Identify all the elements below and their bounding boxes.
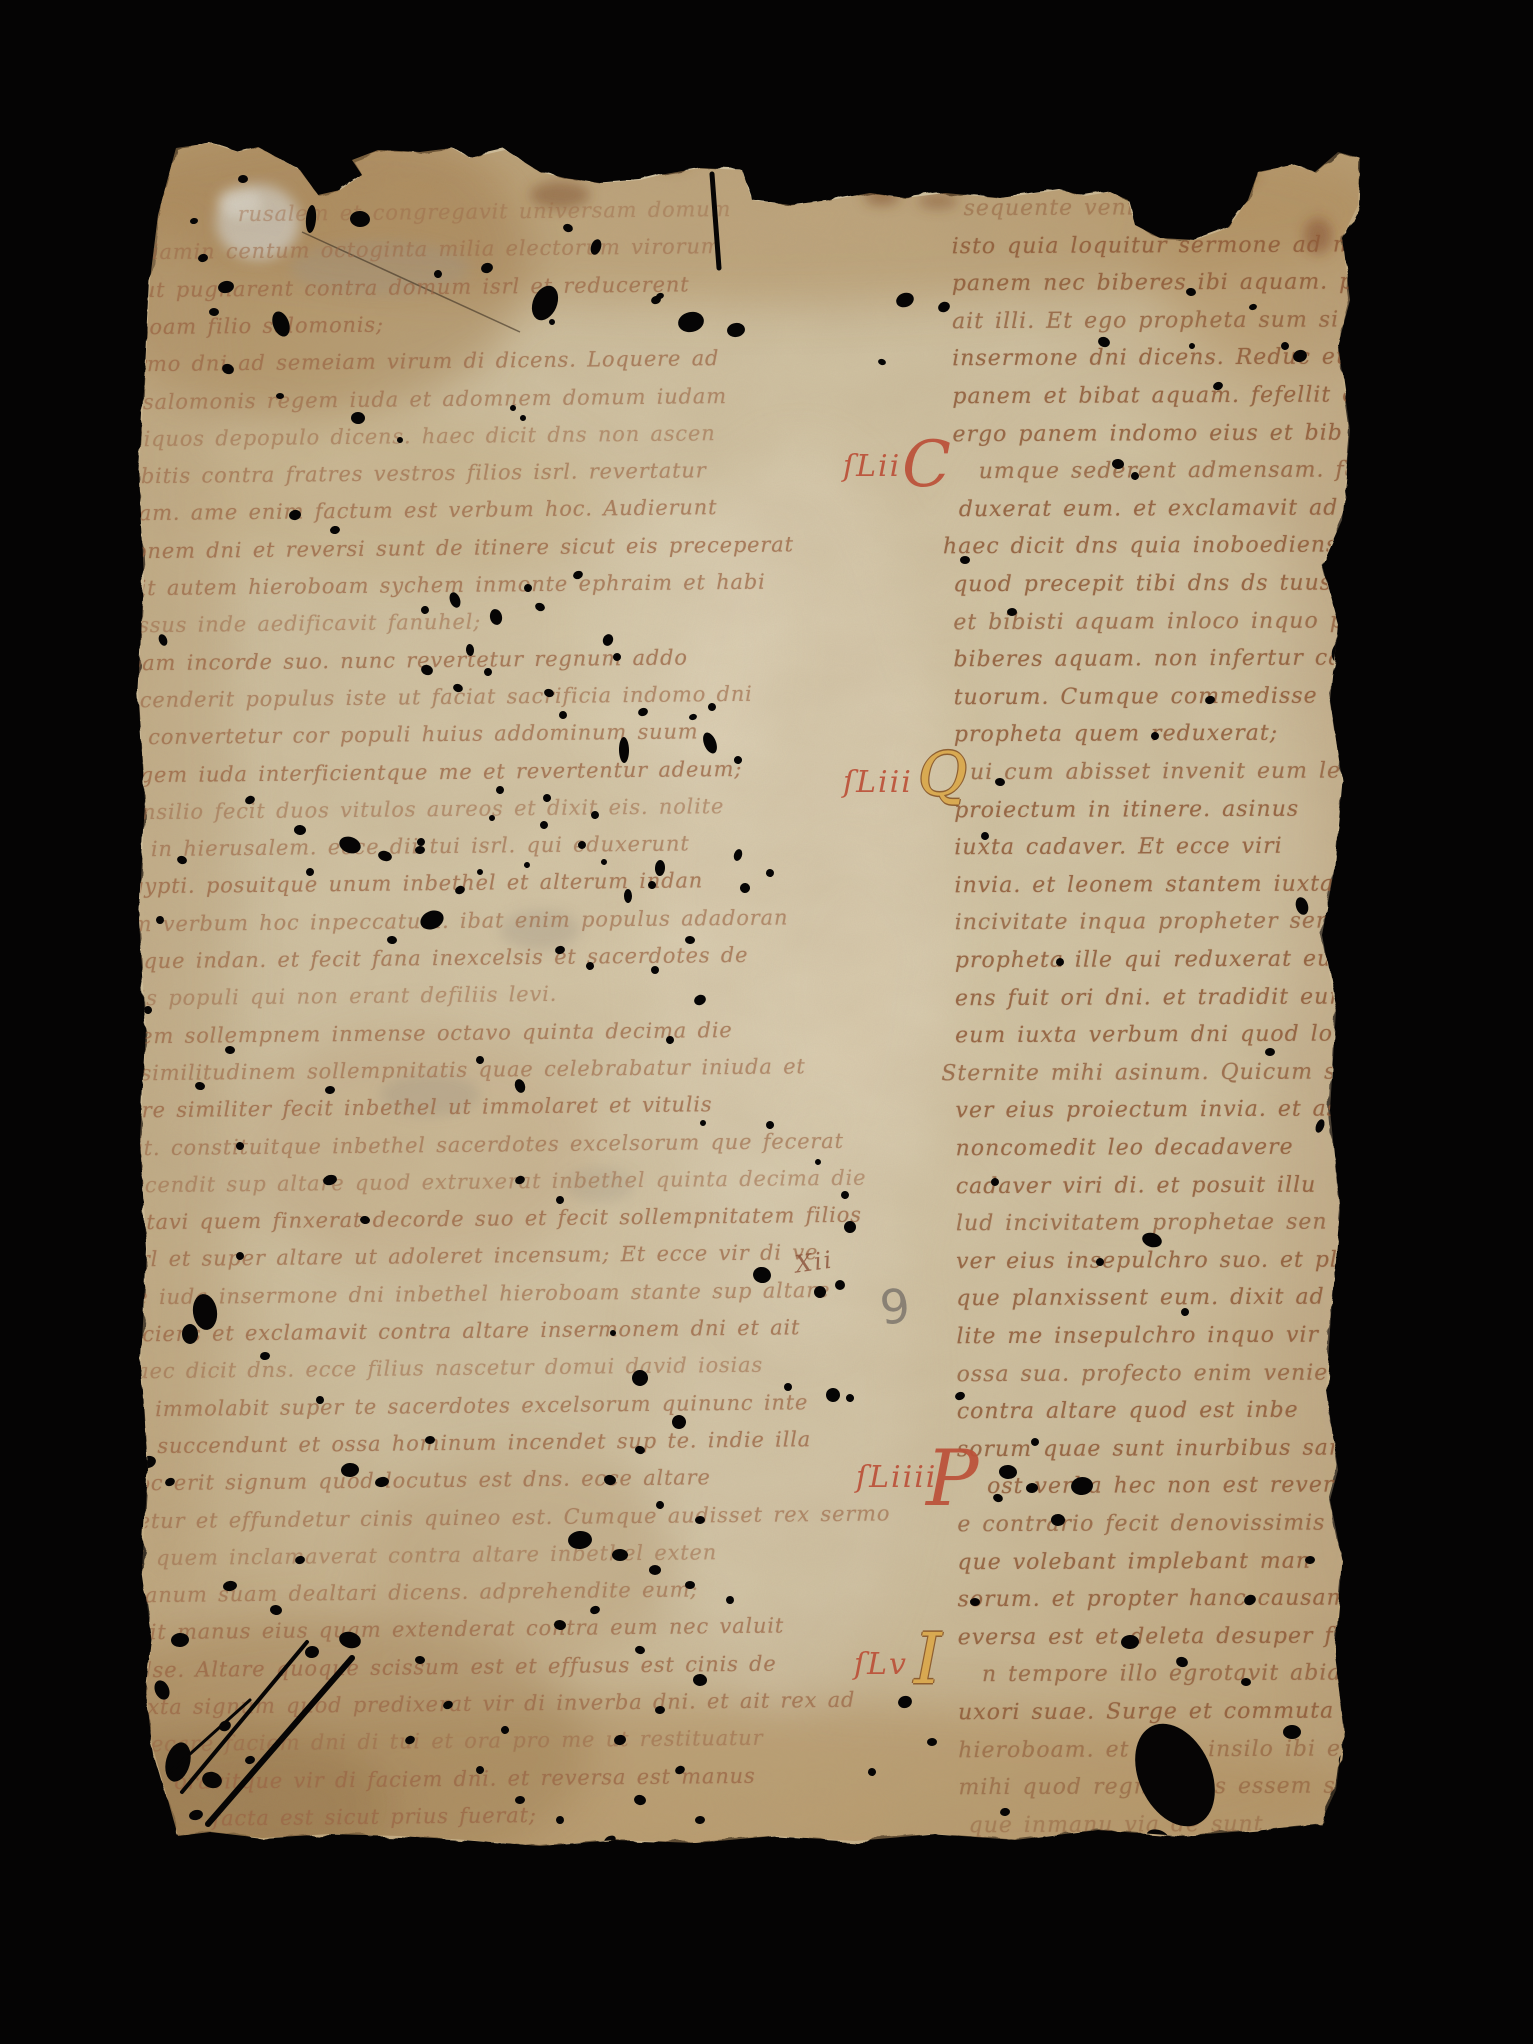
manuscript-line: contra altare quod est inbe	[957, 1400, 1299, 1423]
manuscript-line: et bibisti aquam inloco inquo pre	[953, 610, 1370, 634]
manuscript-line: biberes aquam. non infertur cada	[953, 648, 1371, 672]
manuscript-line: eversa est et deleta desuper fi	[958, 1625, 1342, 1649]
chapter-initial-i: I	[914, 1630, 942, 1690]
manuscript-line: ver eius proiectum invia. et asin	[955, 1099, 1362, 1123]
pencil-folio-number: 9	[877, 1279, 912, 1337]
manuscript-line: invia. et leonem stantem iuxta c	[954, 873, 1358, 897]
right-text-column: sequente venire et adisto quia loquitur …	[0, 0, 1533, 2044]
manuscript-line: propheta ille qui reduxerat eum	[955, 948, 1354, 972]
manuscript-line: umque sederent admensam. fac	[979, 460, 1372, 484]
manuscript-line: ergo panem indomo eius et bib	[952, 422, 1342, 446]
manuscript-line: haec dicit dns quia inoboediens fui	[943, 535, 1382, 559]
manuscript-line: panem et bibat aquam. fefellit e	[952, 384, 1356, 408]
manuscript-line: eum iuxta verbum dni quod lo	[955, 1024, 1333, 1048]
manuscript-line: uxori suae. Surge et commuta	[958, 1701, 1334, 1725]
manuscript-line: sorum. et propter hanc causam	[958, 1588, 1349, 1612]
manuscript-line: e contrario fecit denovissimis	[957, 1513, 1325, 1537]
manuscript-line: mihi quod regnaturus essem su	[958, 1776, 1351, 1800]
manuscript-photo: rusalem et congregavit universam domumbe…	[0, 0, 1533, 2044]
chapter-numeral-lii: ſLii	[843, 449, 901, 484]
manuscript-line: duxerat eum. et exclamavit ad	[959, 497, 1339, 521]
manuscript-line: cadaver viri di. et posuit illu	[956, 1174, 1317, 1198]
chapter-numeral-lv: ſLv	[854, 1647, 908, 1682]
chapter-numeral-liii: ſLiii	[843, 765, 913, 800]
manuscript-text: rusalem et congregavit universam domumbe…	[0, 0, 1533, 2044]
manuscript-line: proiectum in itinere. asinus	[954, 798, 1299, 822]
manuscript-line: ait illi. Et ego propheta sum si	[952, 309, 1339, 333]
manuscript-line: lite me insepulchro inquo vir di	[956, 1324, 1353, 1348]
manuscript-line: Sternite mihi asinum. Quicum str	[941, 1061, 1358, 1085]
chapter-initial-c: C	[902, 438, 951, 492]
chapter-initial-p: P	[926, 1446, 978, 1512]
chapter-initial-q: Q	[918, 750, 967, 801]
manuscript-line: que planxissent eum. dixit ad	[956, 1287, 1324, 1311]
manuscript-line: sorum quae sunt inurbibus sam	[957, 1437, 1351, 1461]
manuscript-line: hieroboam. et vade insilo ibi e	[958, 1738, 1341, 1762]
manuscript-line: insermone dni dicens. Reduc eu	[952, 347, 1351, 371]
manuscript-line: lud incivitatem prophetae sen	[956, 1212, 1328, 1236]
manuscript-line: panem nec biberes ibi aquam. prece	[952, 271, 1407, 295]
manuscript-line: ost verba hec non est reversus	[987, 1475, 1374, 1499]
manuscript-line: que volebant implebant man	[957, 1550, 1311, 1574]
manuscript-line: quod precepit tibi dns ds tuus. et	[953, 572, 1375, 596]
manuscript-line: noncomedit leo decadavere	[956, 1137, 1294, 1160]
manuscript-line: propheta quem reduxerat;	[954, 723, 1278, 746]
manuscript-line: incivitate inqua propheter sene	[955, 911, 1345, 935]
manuscript-line: ui cum abisset invenit eum leo in	[970, 760, 1390, 784]
manuscript-line: ens fuit ori dni. et tradidit eum d	[955, 986, 1377, 1010]
manuscript-line: tuorum. Cumque commedisse	[954, 685, 1318, 709]
manuscript-line: ver eius insepulchro suo. et plan	[956, 1249, 1367, 1273]
manuscript-line: iuxta cadaver. Et ecce viri	[954, 836, 1282, 859]
manuscript-line: n tempore illo egrotavit abia	[982, 1663, 1342, 1687]
manuscript-line: ossa sua. profecto enim veniet	[957, 1362, 1339, 1386]
quire-mark: Xii	[793, 1245, 835, 1278]
